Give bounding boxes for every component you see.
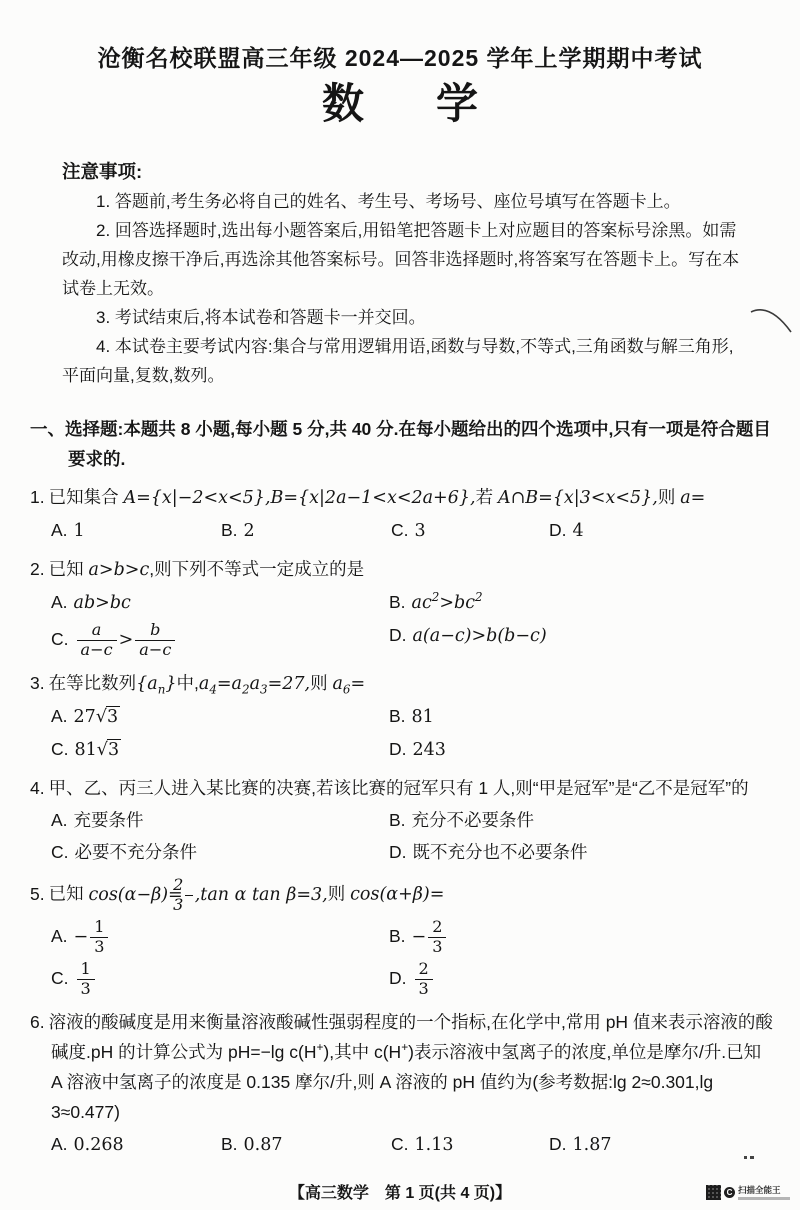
question-4-options: A.充要条件 B.充分不必要条件 C.必要不充分条件 D.既不充分也不必要条件 — [30, 805, 774, 867]
question-1-options: A.1 B.2 C.3 D.4 — [30, 515, 774, 546]
option-a: A.1 — [51, 515, 221, 546]
question-number: 1. — [30, 487, 45, 507]
question-6-options: A.0.268 B.0.87 C.1.13 D.1.87 — [30, 1129, 774, 1160]
question-1: 1.已知集合 A={x|−2<x<5},B={x|2a−1<x<2a+6},若 … — [30, 482, 774, 546]
option-b: B.充分不必要条件 — [389, 805, 774, 835]
watermark-tagline — [738, 1197, 790, 1200]
section-one-header: 一、选择题:本题共 8 小题,每小题 5 分,共 40 分.在每小题给出的四个选… — [30, 414, 774, 474]
question-6: 6.溶液的酸碱度是用来衡量溶液酸碱性强弱程度的一个指标,在化学中,常用 pH 值… — [30, 1007, 774, 1160]
question-3-stem: 3.在等比数列{an}中,a4=a2a3=27,则 a6= — [30, 668, 774, 699]
question-number: 5. — [30, 884, 45, 904]
option-c: C.13 — [51, 959, 389, 999]
option-b: B.ac2>bc2 — [389, 587, 774, 618]
question-5-options: A.−13 B.−23 C.13 D.23 — [30, 917, 774, 999]
notice-item-2: 2. 回答选择题时,选出每小题答案后,用铅笔把答题卡上对应题目的答案标号涂黑。如… — [62, 216, 742, 303]
qr-code-icon — [706, 1185, 721, 1200]
option-b: B.0.87 — [221, 1129, 391, 1160]
question-1-stem: 1.已知集合 A={x|−2<x<5},B={x|2a−1<x<2a+6},若 … — [30, 482, 774, 513]
question-3: 3.在等比数列{an}中,a4=a2a3=27,则 a6= A.27√3 B.8… — [30, 668, 774, 765]
option-d: D.243 — [389, 734, 774, 765]
subject-char-left: 数 — [322, 80, 364, 127]
notice-section: 注意事项: 1. 答题前,考生务必将自己的姓名、考生号、考场号、座位号填写在答题… — [62, 157, 742, 390]
option-b: B.−23 — [389, 917, 774, 957]
subject-char-right: 学 — [436, 80, 478, 127]
option-d: D.23 — [389, 959, 774, 999]
subject-title: 数学 — [0, 81, 800, 127]
choice-section: 一、选择题:本题共 8 小题,每小题 5 分,共 40 分.在每小题给出的四个选… — [30, 414, 774, 1160]
question-4-stem: 4.甲、乙、丙三人进入某比赛的决赛,若该比赛的冠军只有 1 人,则“甲是冠军”是… — [30, 773, 774, 803]
question-5: 5.已知 cos(α−β)=23,tan α tan β=3,则 cos(α+β… — [30, 875, 774, 999]
notice-heading: 注意事项: — [62, 157, 742, 186]
question-6-stem: 6.溶液的酸碱度是用来衡量溶液酸碱性强弱程度的一个指标,在化学中,常用 pH 值… — [30, 1007, 774, 1127]
option-c: C.aa−c>ba−c — [51, 620, 389, 660]
option-c: C.1.13 — [391, 1129, 549, 1160]
watermark-brand-label: 扫描全能王 — [738, 1186, 790, 1195]
question-number: 2. — [30, 559, 45, 579]
notice-item-4: 4. 本试卷主要考试内容:集合与常用逻辑用语,函数与导数,不等式,三角函数与解三… — [62, 332, 742, 390]
question-3-options: A.27√3 B.81 C.81√3 D.243 — [30, 701, 774, 765]
option-a: A.0.268 — [51, 1129, 221, 1160]
scan-speck-mark — [744, 1156, 754, 1159]
question-2-stem: 2.已知 a>b>c,则下列不等式一定成立的是 — [30, 554, 774, 585]
page-footer: 【高三数学 第 1 页(共 4 页)】 — [0, 1180, 800, 1203]
option-d: D.1.87 — [549, 1129, 774, 1160]
option-c: C.81√3 — [51, 734, 389, 765]
question-number: 3. — [30, 673, 45, 693]
option-a: A.充要条件 — [51, 805, 389, 835]
question-2: 2.已知 a>b>c,则下列不等式一定成立的是 A.ab>bc B.ac2>bc… — [30, 554, 774, 660]
option-d: D.a(a−c)>b(b−c) — [389, 620, 774, 660]
option-d: D.既不充分也不必要条件 — [389, 837, 774, 867]
watermark-text: 扫描全能王 — [738, 1186, 790, 1200]
question-2-options: A.ab>bc B.ac2>bc2 C.aa−c>ba−c D.a(a−c)>b… — [30, 587, 774, 660]
notice-item-1: 1. 答题前,考生务必将自己的姓名、考生号、考场号、座位号填写在答题卡上。 — [62, 187, 742, 216]
option-d: D.4 — [549, 515, 774, 546]
option-a: A.27√3 — [51, 701, 389, 732]
exam-title: 沧衡名校联盟高三年级 2024—2025 学年上学期期中考试 — [0, 40, 800, 73]
camscanner-logo-icon: C — [724, 1187, 735, 1198]
exam-page: 沧衡名校联盟高三年级 2024—2025 学年上学期期中考试 数学 注意事项: … — [0, 0, 800, 1210]
option-a: A.−13 — [51, 917, 389, 957]
notice-item-3: 3. 考试结束后,将本试卷和答题卡一并交回。 — [62, 303, 742, 332]
option-a: A.ab>bc — [51, 587, 389, 618]
question-5-stem: 5.已知 cos(α−β)=23,tan α tan β=3,则 cos(α+β… — [30, 875, 774, 915]
option-b: B.2 — [221, 515, 391, 546]
scan-artifact-mark — [748, 302, 796, 340]
option-b: B.81 — [389, 701, 774, 732]
question-number: 6. — [30, 1012, 45, 1032]
option-c: C.3 — [391, 515, 549, 546]
question-number: 4. — [30, 778, 45, 798]
question-4: 4.甲、乙、丙三人进入某比赛的决赛,若该比赛的冠军只有 1 人,则“甲是冠军”是… — [30, 773, 774, 867]
camscanner-watermark: C 扫描全能王 — [706, 1185, 790, 1200]
option-c: C.必要不充分条件 — [51, 837, 389, 867]
